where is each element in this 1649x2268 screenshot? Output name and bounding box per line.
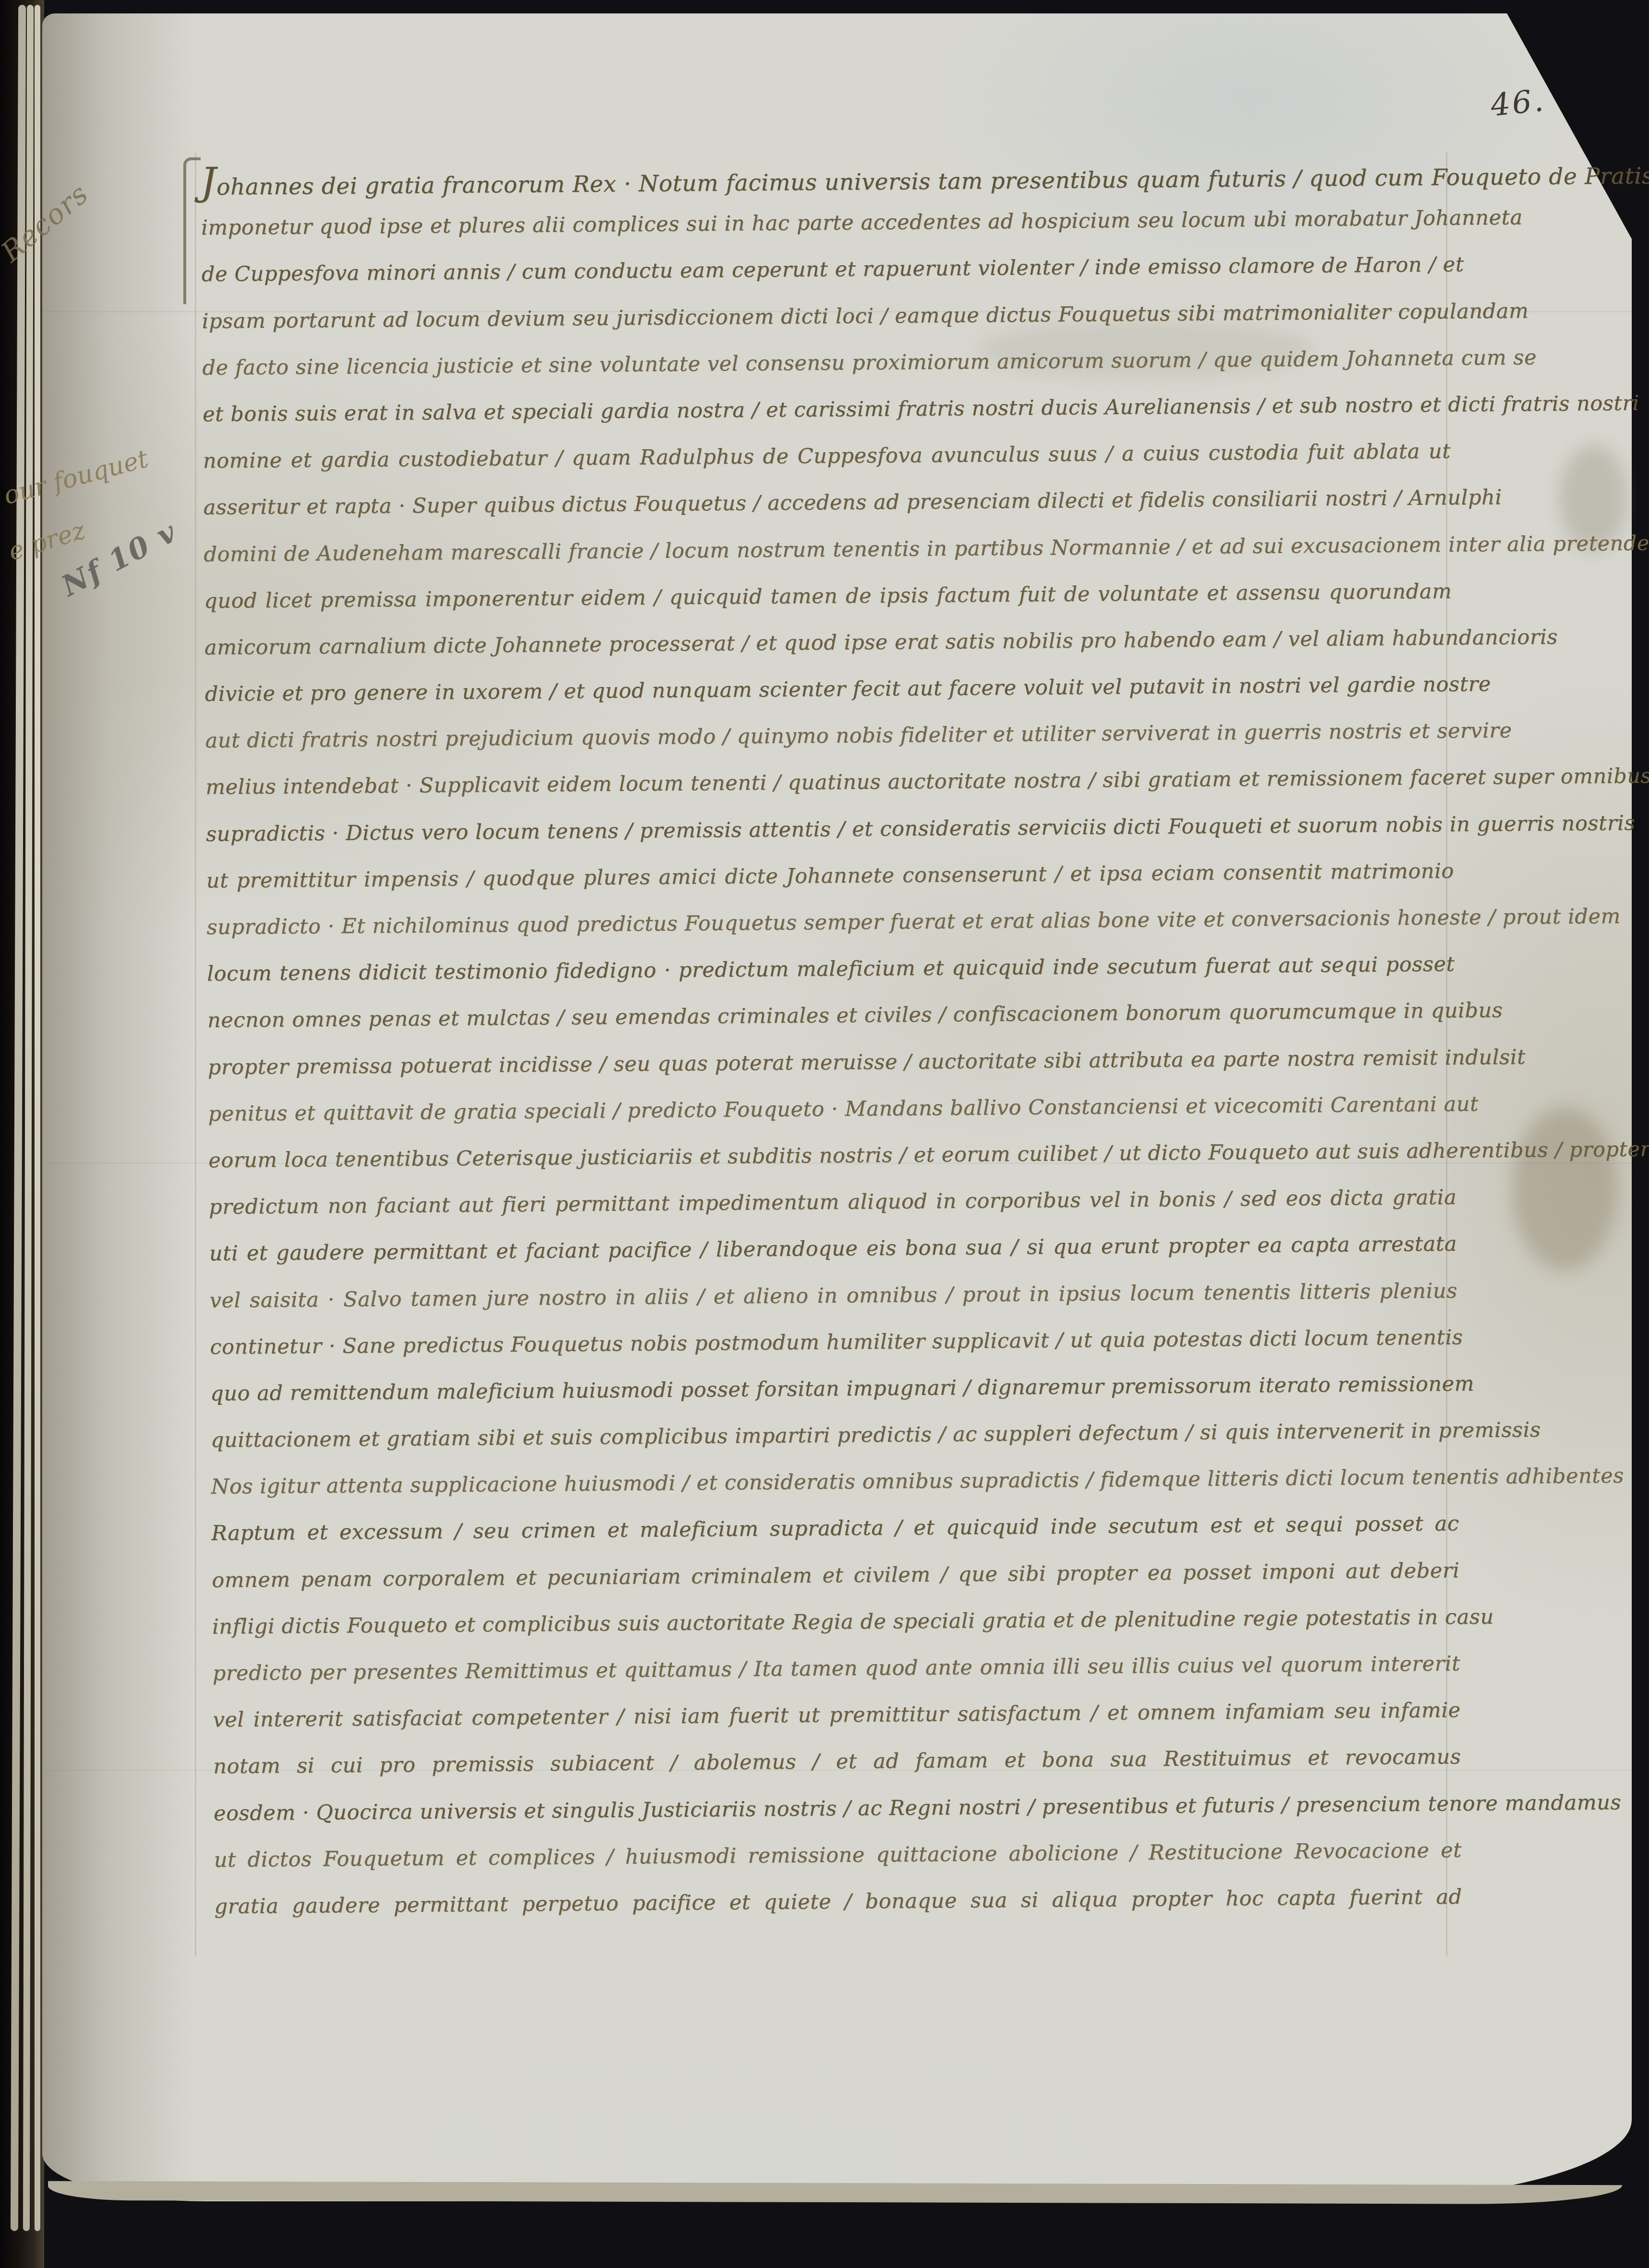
left-ruling-line [195,153,196,1957]
stain [1512,1107,1617,1271]
manuscript-photo: 46. Johannes dei gratia francorum Rex · … [0,0,1649,2268]
torn-corner [1507,13,1632,239]
text-block: Johannes dei gratia francorum Rex · Notu… [201,149,1462,1930]
manuscript-line: gratia gaudere permittant perpetuo pacif… [214,1874,1462,1930]
folio-number: 46. [1489,83,1547,123]
parchment-page: 46. Johannes dei gratia francorum Rex · … [42,13,1632,2201]
stacked-page-edge [35,5,40,2231]
opening-paraph-mark [183,157,201,304]
